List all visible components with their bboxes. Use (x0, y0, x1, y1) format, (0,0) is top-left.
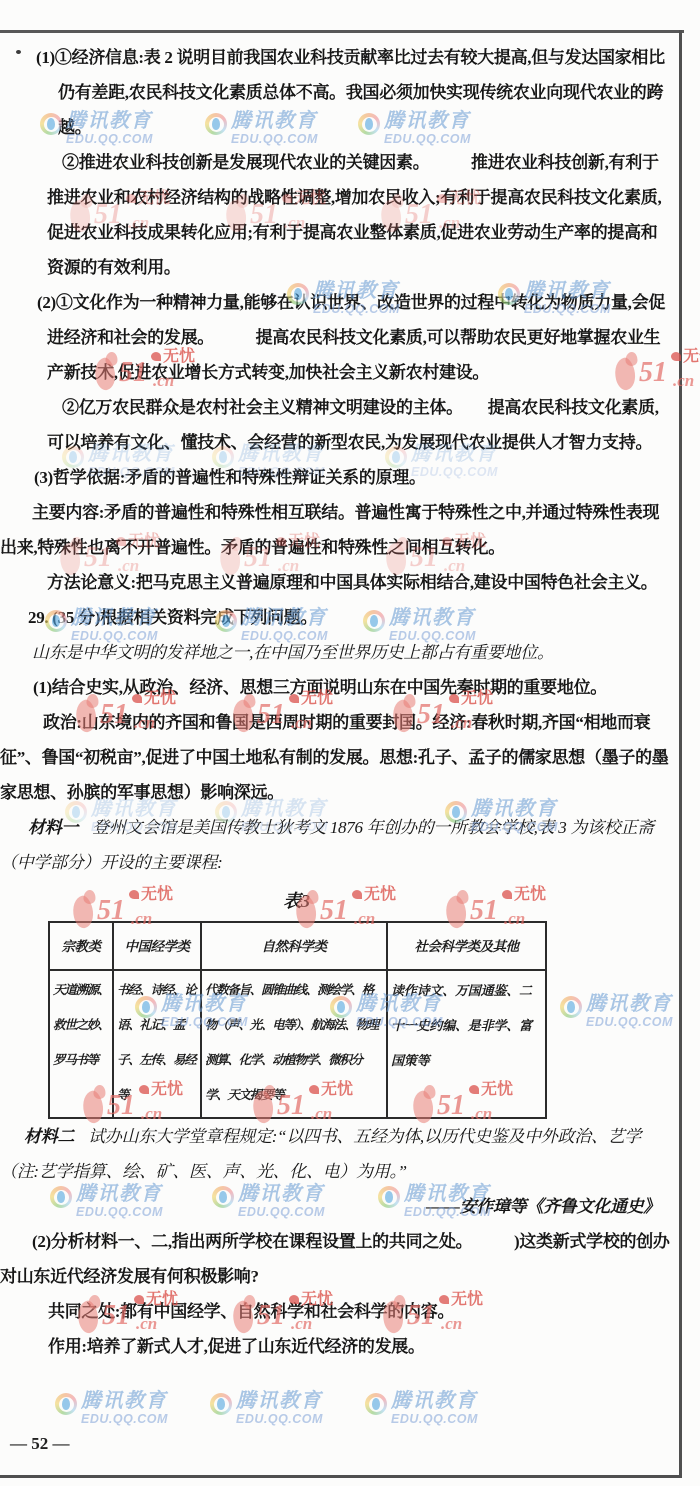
tencent-penguin-icon (365, 1393, 387, 1415)
material1-paragraph: 材料一登州文会馆是美国传教士狄考文 1876 年创办的一所教会学校,表 3 为该… (0, 810, 674, 880)
table-3-header-chinese-classics: 中国经学类 (113, 922, 201, 970)
answer-sheet-content: (1)①经济信息:表 2 说明目前我国农业科技贡献率比过去有较大提高,但与发达国… (0, 40, 684, 1364)
tencent-penguin-icon (210, 1393, 232, 1415)
answer-29-common-points: 共同之处:都有中国经学、自然科学和社会科学的内容。 (0, 1294, 674, 1329)
material2-text: 试办山东大学堂章程规定:“以四书、五经为体,以历代史鉴及中外政治、艺学（注:艺学… (0, 1127, 641, 1181)
answer-philosophy-method: 方法论意义:把马克思主义普遍原理和中国具体实际相结合,建设中国特色社会主义。 (0, 565, 674, 600)
material1-text: 登州文会馆是美国传教士狄考文 1876 年创办的一所教会学校,表 3 为该校正斋… (0, 818, 654, 872)
table-3-title: 表3 (0, 886, 593, 916)
question-29-part1: (1)结合史实,从政治、经济、思想三方面说明山东在中国先秦时期的重要地位。 (0, 670, 674, 705)
material2-source: ——安作璋等《齐鲁文化通史》 (0, 1189, 674, 1224)
answer-philosophy-basis: (3)哲学依据:矛盾的普遍性和特殊性辩证关系的原理。 (0, 460, 674, 495)
table-3-header-social-science: 社会科学类及其他 (387, 922, 546, 970)
tencent-edu-watermark: 腾讯教育EDU.QQ.COM (210, 1390, 323, 1426)
page-top-rule (0, 30, 684, 33)
table-3: 宗教类 中国经学类 自然科学类 社会科学类及其他 天道溯源、救世之妙、罗马书等 … (48, 921, 547, 1119)
answer-29-part1: 政治:山东境内的齐国和鲁国是西周时期的重要封国。经济:春秋时期,齐国“相地而衰征… (0, 705, 674, 810)
material2-label: 材料二 (24, 1127, 74, 1146)
answer-innovation: ②推进农业科技创新是发展现代农业的关键因素。 推进农业科技创新,有利于推进农业和… (0, 145, 674, 285)
page-number: — 52 — (10, 1434, 70, 1454)
table-3-header-religion: 宗教类 (49, 922, 113, 970)
table-3-cell-religion: 天道溯源、救世之妙、罗马书等 (49, 970, 113, 1118)
scanned-exam-page: (1)①经济信息:表 2 说明目前我国农业科技贡献率比过去有较大提高,但与发达国… (0, 0, 700, 1486)
table-3-cell-natural-science: 代数备旨、圆锥曲线、测绘学、格物（声、光、电等）、航海法、物理测算、化学、动植物… (201, 970, 387, 1118)
tencent-penguin-icon (55, 1393, 77, 1415)
answer-culture-2: ②亿万农民群众是农村社会主义精神文明建设的主体。 提高农民科技文化素质,可以培养… (0, 390, 674, 460)
question-29-part2: (2)分析材料一、二,指出两所学校在课程设置上的共同之处。 )这类新式学校的创办… (0, 1224, 674, 1294)
table-3-header-row: 宗教类 中国经学类 自然科学类 社会科学类及其他 (49, 922, 546, 970)
table-3-body-row: 天道溯源、救世之妙、罗马书等 书经、诗经、论语、礼记、孟子、左传、易经等 代数备… (49, 970, 546, 1118)
answer-culture-1: (2)①文化作为一种精神力量,能够在认识世界、改造世界的过程中转化为物质力量,会… (0, 285, 674, 390)
page-bottom-rule (0, 1475, 681, 1478)
question-29-intro: 山东是中华文明的发祥地之一,在中国乃至世界历史上都占有重要地位。 (0, 635, 674, 670)
answer-economic-info: (1)①经济信息:表 2 说明目前我国农业科技贡献率比过去有较大提高,但与发达国… (0, 40, 674, 145)
material1-label: 材料一 (28, 818, 78, 837)
table-3-cell-social-science: 读作诗文、万国通鉴、二十一史约编、是非学、富国策等 (387, 970, 546, 1118)
answer-philosophy-content: 主要内容:矛盾的普遍性和特殊性相互联结。普遍性寓于特殊性之中,并通过特殊性表现出… (0, 495, 674, 565)
answer-29-effect: 作用:培养了新式人才,促进了山东近代经济的发展。 (0, 1329, 674, 1364)
tencent-edu-watermark: 腾讯教育EDU.QQ.COM (365, 1390, 478, 1426)
question-29-heading: 29. (35 分)根据相关资料完成下列问题。 (0, 600, 674, 635)
table-3-header-natural-science: 自然科学类 (201, 922, 387, 970)
material2-paragraph: 材料二试办山东大学堂章程规定:“以四书、五经为体,以历代史鉴及中外政治、艺学（注… (0, 1119, 674, 1189)
table-3-cell-chinese-classics: 书经、诗经、论语、礼记、孟子、左传、易经等 (113, 970, 201, 1118)
tencent-edu-watermark: 腾讯教育EDU.QQ.COM (55, 1390, 168, 1426)
